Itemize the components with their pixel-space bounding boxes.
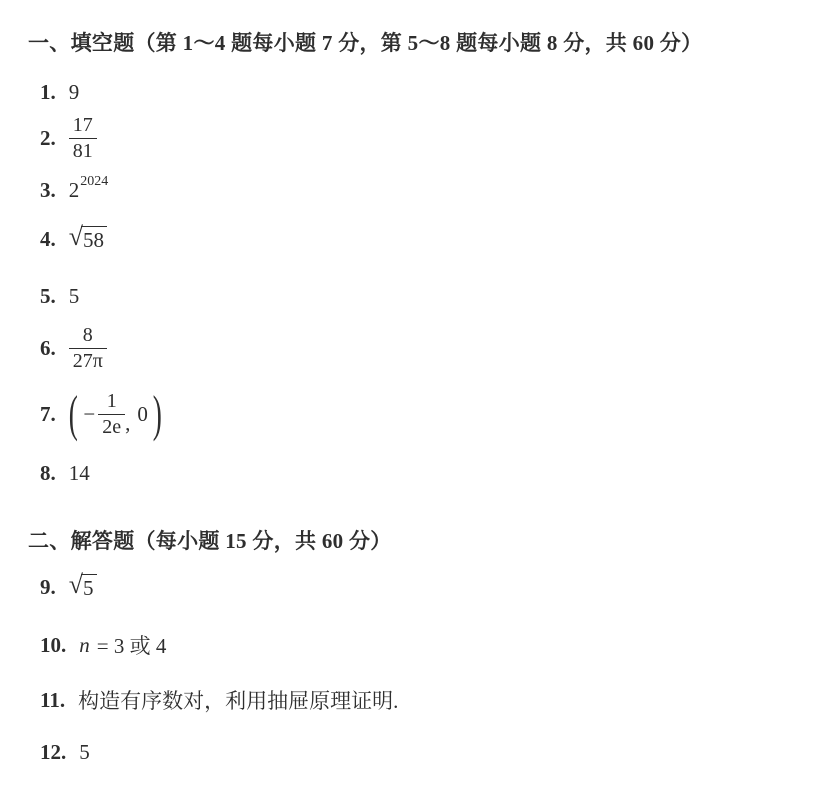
answer-item-4: 4. √ 58 — [40, 226, 107, 252]
numerator: 8 — [79, 324, 97, 348]
radicand: 58 — [81, 226, 107, 252]
item-number: 3. — [40, 178, 56, 203]
item-number: 8. — [40, 461, 56, 486]
comma: , — [125, 411, 130, 436]
radical-sign: √ — [69, 224, 83, 250]
item-answer: 5 — [79, 740, 90, 765]
item-number: 6. — [40, 336, 56, 361]
power-exponent: 2024 — [80, 174, 108, 190]
item-number: 1. — [40, 80, 56, 105]
answer-item-1: 1. 9 — [40, 80, 79, 105]
section-1-heading: 一、填空题（第 1～4 题每小题 7 分，第 5～8 题每小题 8 分，共 60… — [28, 27, 702, 57]
answer-item-12: 12. 5 — [40, 740, 90, 765]
answer-item-6: 6. 8 27π — [40, 324, 107, 373]
numerator: 17 — [69, 114, 97, 138]
item-number: 10. — [40, 633, 66, 658]
open-paren: ( — [69, 389, 78, 440]
power-base: 2 — [69, 178, 80, 203]
answer-item-3: 3. 2 2024 — [40, 178, 108, 203]
denominator: 2e — [98, 414, 125, 439]
second-coordinate: 0 — [137, 402, 148, 427]
radical-sign: √ — [69, 572, 83, 598]
item-answer: = 3 或 4 — [97, 630, 167, 660]
denominator: 27π — [69, 348, 107, 373]
answer-item-11: 11. 构造有序数对，利用抽屉原理证明. — [40, 685, 398, 715]
item-number: 5. — [40, 284, 56, 309]
item-answer: 构造有序数对，利用抽屉原理证明. — [78, 685, 398, 715]
item-number: 2. — [40, 126, 56, 151]
item-number: 9. — [40, 575, 56, 600]
square-root: √ 58 — [69, 226, 107, 252]
math-variable: n — [79, 633, 90, 658]
denominator: 81 — [69, 138, 97, 163]
item-answer: 5 — [69, 284, 80, 309]
minus-sign: − — [83, 402, 95, 427]
square-root: √ 5 — [69, 574, 97, 600]
answer-item-8: 8. 14 — [40, 461, 90, 486]
fraction: 8 27π — [69, 324, 107, 373]
answer-item-7: 7. ( − 1 2e , 0 ) — [40, 390, 162, 439]
close-paren: ) — [153, 389, 162, 440]
answer-item-5: 5. 5 — [40, 284, 79, 309]
numerator: 1 — [103, 390, 121, 414]
fraction: 1 2e — [98, 390, 125, 439]
item-number: 12. — [40, 740, 66, 765]
answer-key-document: 一、填空题（第 1～4 题每小题 7 分，第 5～8 题每小题 8 分，共 60… — [0, 0, 819, 793]
fraction: 17 81 — [69, 114, 97, 163]
answer-item-10: 10. n = 3 或 4 — [40, 630, 166, 660]
item-answer: 14 — [69, 461, 90, 486]
section-2-heading: 二、解答题（每小题 15 分，共 60 分） — [28, 525, 392, 555]
answer-item-2: 2. 17 81 — [40, 114, 97, 163]
item-number: 11. — [40, 688, 65, 713]
item-number: 4. — [40, 227, 56, 252]
radicand: 5 — [81, 574, 97, 600]
answer-item-9: 9. √ 5 — [40, 574, 97, 600]
item-number: 7. — [40, 402, 56, 427]
item-answer: 9 — [69, 80, 80, 105]
